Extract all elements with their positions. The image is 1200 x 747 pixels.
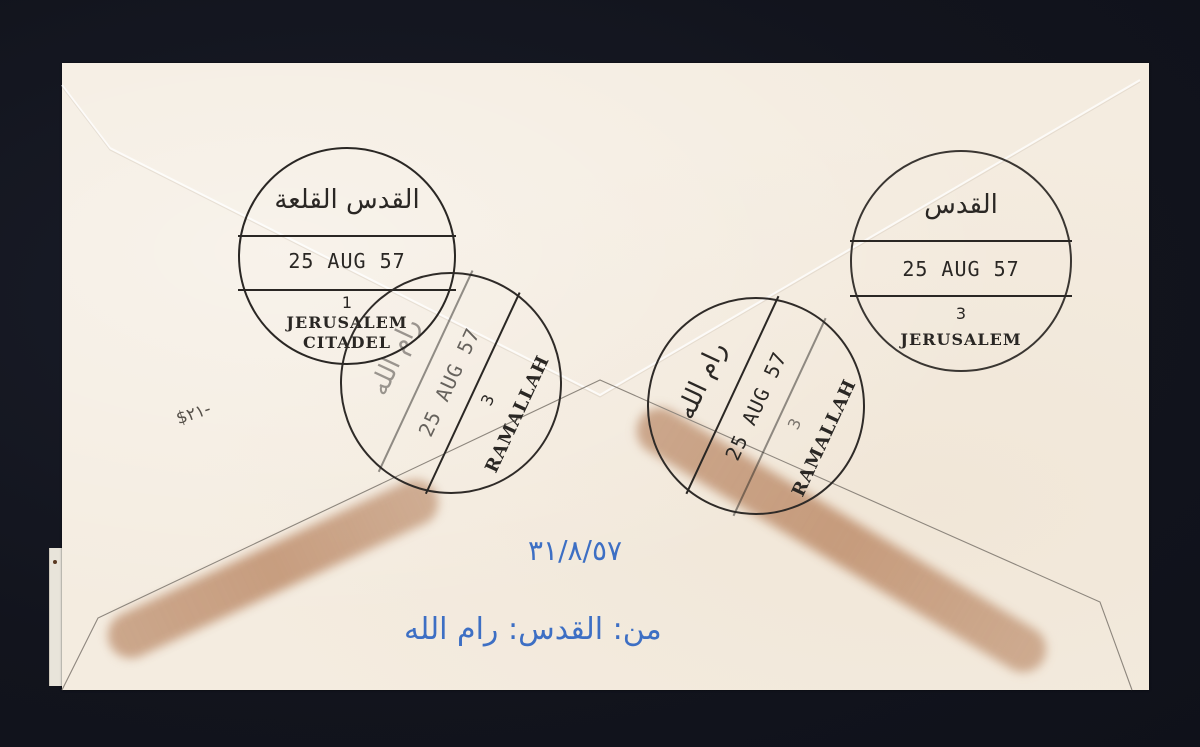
postmark-arabic-text: القدس القلعة	[240, 185, 454, 215]
postmark-jerusalem: القدس 25 AUG 57 3 JERUSALEM	[850, 150, 1072, 372]
mount-strip	[49, 548, 63, 686]
postmark-bar-bottom	[850, 295, 1072, 297]
manuscript-route: من: القدس: رام الله	[404, 612, 662, 647]
postmark-number: 3	[852, 304, 1070, 323]
postmark-arabic-text: القدس	[852, 190, 1070, 220]
pin-hole	[53, 560, 57, 564]
postmark-place: JERUSALEM	[852, 330, 1070, 349]
postmark-bar-top	[850, 240, 1072, 242]
postmark-bar-top	[238, 235, 456, 237]
postmark-date: 25 AUG 57	[852, 257, 1070, 281]
manuscript-date: ٣١/٨/٥٧	[528, 534, 622, 567]
